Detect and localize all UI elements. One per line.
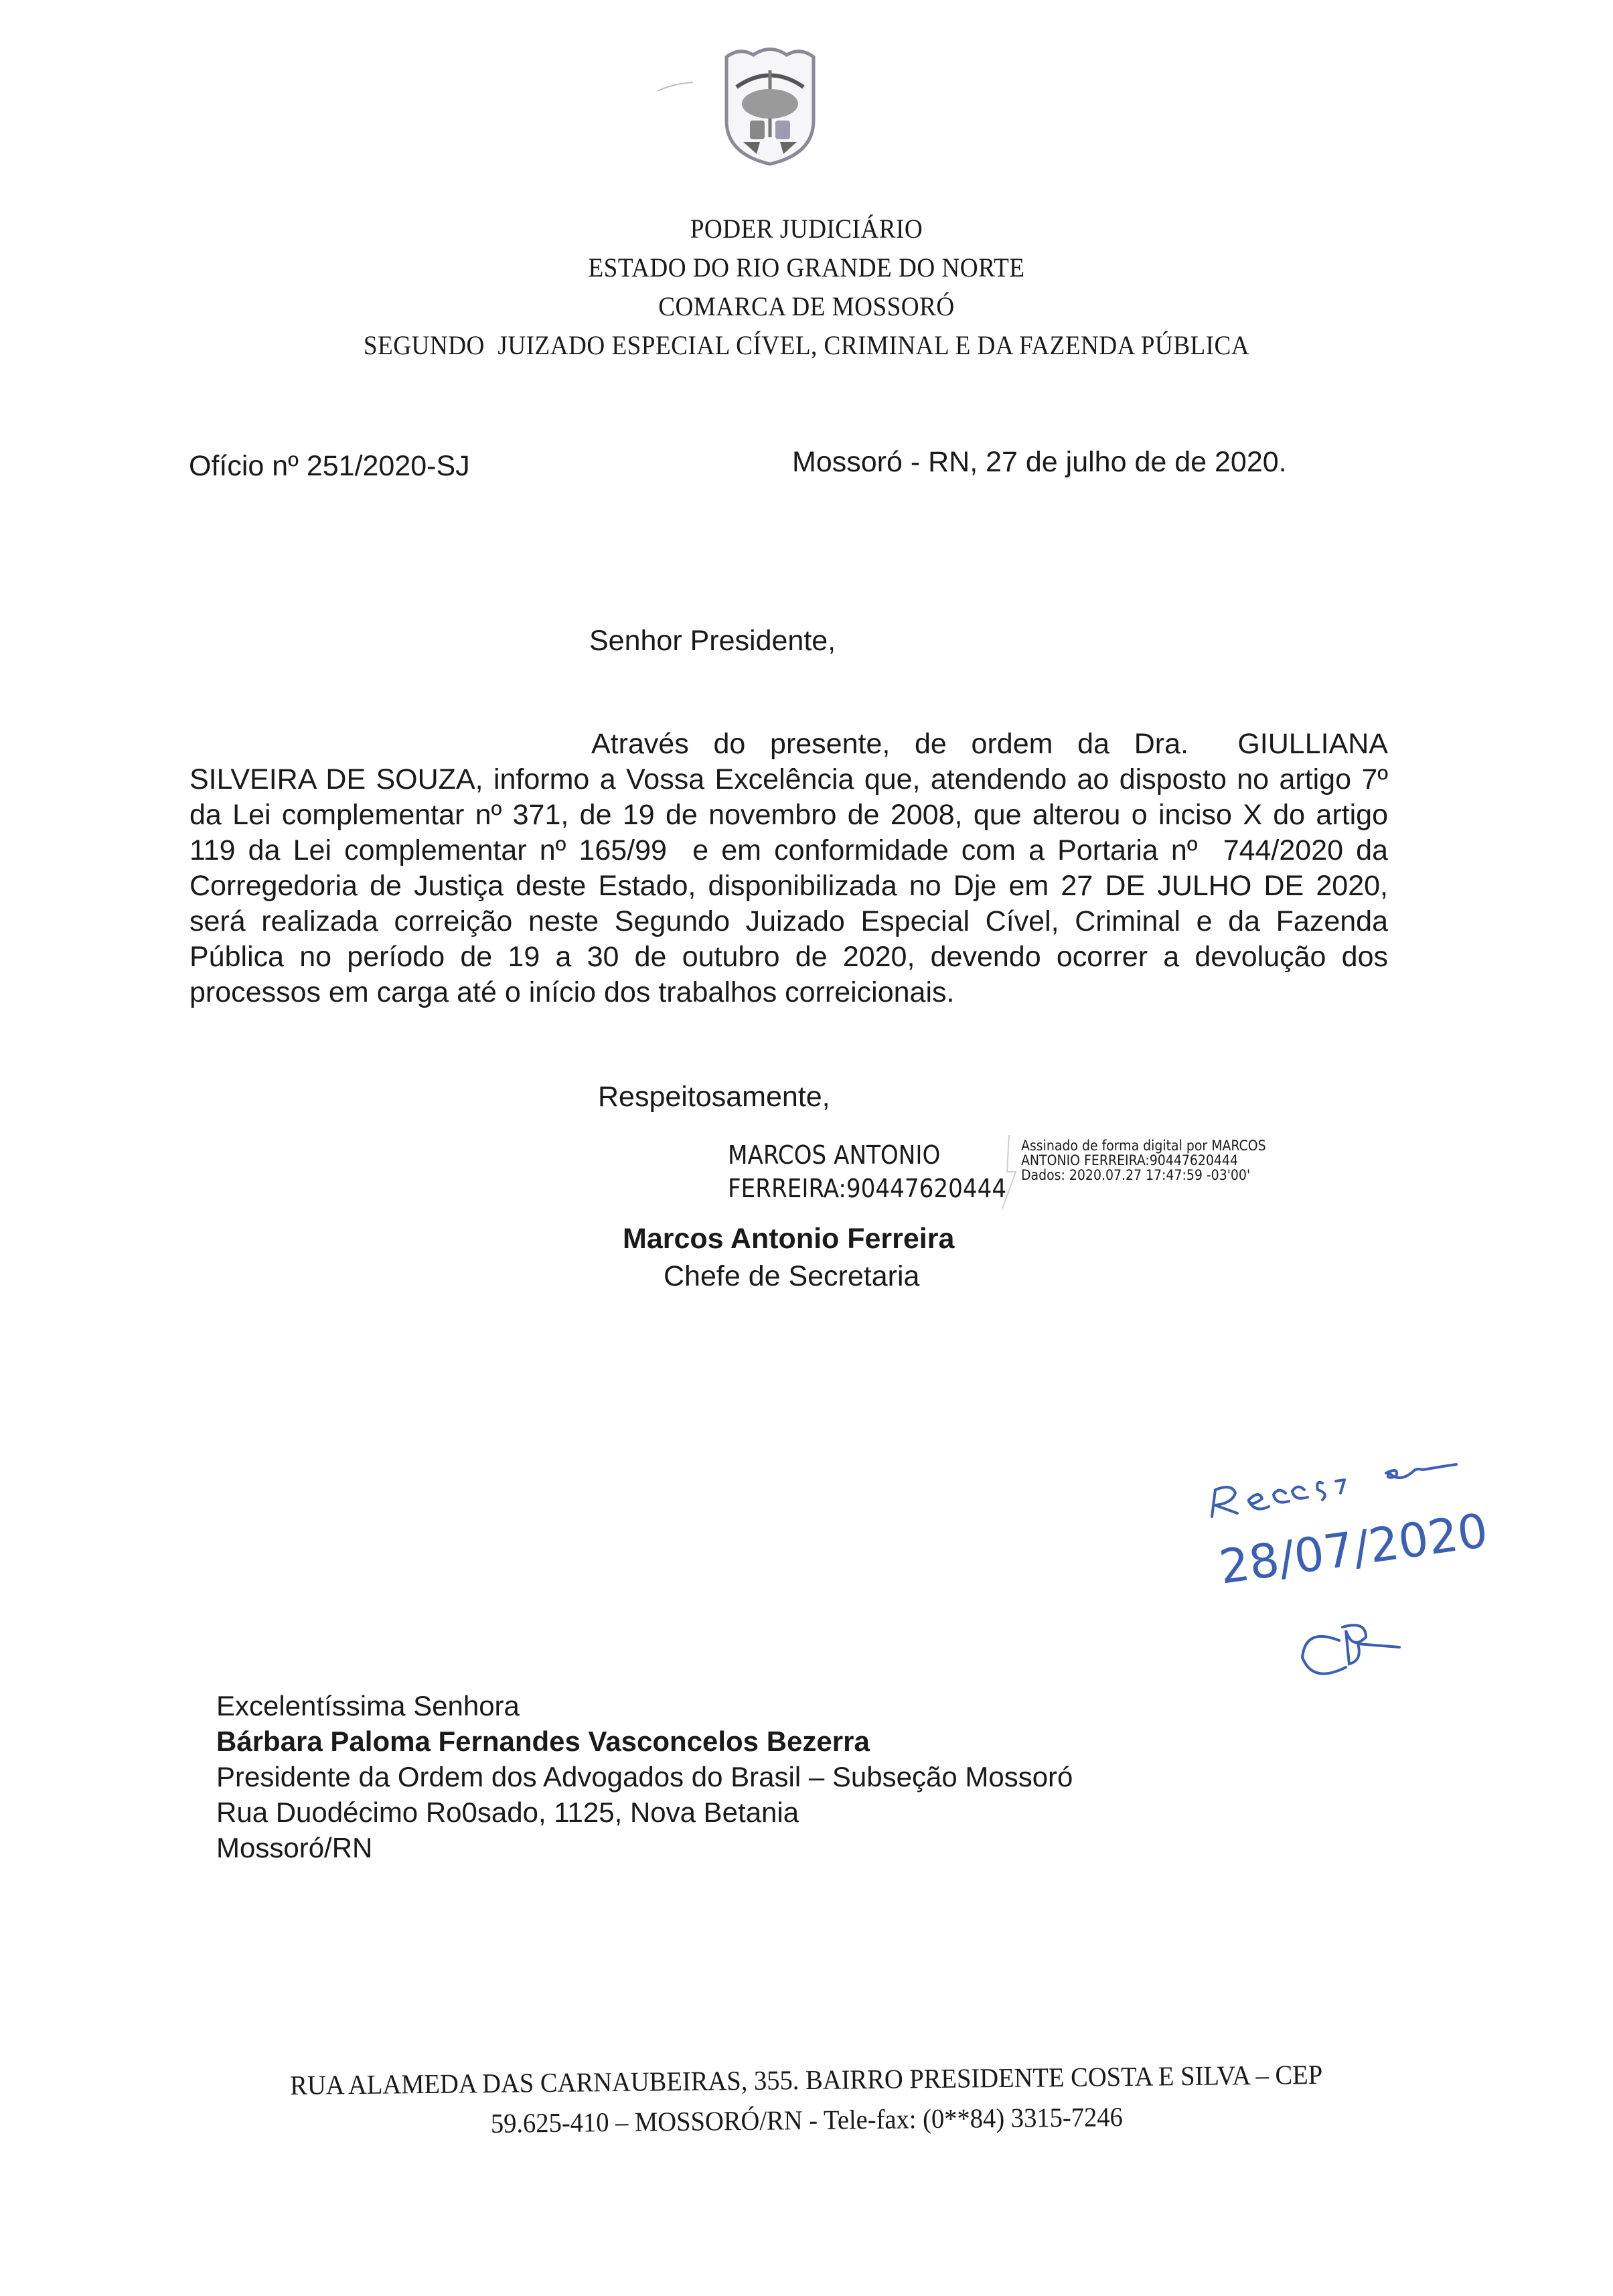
- recipient-name: Bárbara Paloma Fernandes Vasconcelos Bez…: [216, 1724, 1073, 1759]
- place-date: Mossoró - RN, 27 de julho de de 2020.: [792, 446, 1287, 479]
- recipient-role: Presidente da Ordem dos Advogados do Bra…: [216, 1759, 1073, 1794]
- salutation: Senhor Presidente,: [589, 625, 836, 658]
- handwritten-date: 28/07/2020: [1216, 1503, 1491, 1594]
- signer-name: Marcos Antonio Ferreira: [623, 1223, 954, 1255]
- header-line-judiciary: PODER JUDICIÁRIO: [56, 213, 1556, 244]
- header-line-court: SEGUNDO JUIZADO ESPECIAL CÍVEL, CRIMINAL…: [56, 329, 1556, 361]
- signer-title: Chefe de Secretaria: [664, 1260, 919, 1293]
- signature-watermark-icon: [999, 1132, 1019, 1212]
- digital-signature-detail-3: Dados: 2020.07.27 17:47:59 -03'00': [1021, 1168, 1266, 1182]
- digital-signature-name-line-2: FERREIRA:90447620444: [728, 1172, 1006, 1205]
- recipient-block: Excelentíssima Senhora Bárbara Paloma Fe…: [216, 1688, 1073, 1865]
- closing: Respeitosamente,: [598, 1081, 830, 1114]
- court-coat-of-arms-icon: [720, 40, 820, 167]
- recipient-city: Mossoró/RN: [216, 1830, 1073, 1865]
- letter-body-text: Através do presente, de ordem da Dra. GI…: [189, 728, 1396, 1008]
- letter-body: Através do presente, de ordem da Dra. GI…: [189, 726, 1388, 1010]
- footer-address: RUA ALAMEDA DAS CARNAUBEIRAS, 355. BAIRR…: [0, 2051, 1613, 2148]
- digital-signature-detail-1: Assinado de forma digital por MARCOS: [1021, 1138, 1266, 1153]
- document-reference: Ofício nº 251/2020-SJ: [189, 450, 470, 483]
- digital-signature-detail-2: ANTONIO FERREIRA:90447620444: [1021, 1153, 1266, 1168]
- header-line-district: COMARCA DE MOSSORÓ: [56, 291, 1556, 322]
- scan-mark: [656, 80, 696, 94]
- handwritten-receipt-note: 28/07/2020: [1185, 1426, 1533, 1687]
- digital-signature-name-line-1: MARCOS ANTONIO: [728, 1138, 1006, 1172]
- digital-signature-details: Assinado de forma digital por MARCOS ANT…: [1021, 1138, 1266, 1182]
- recipient-treatment: Excelentíssima Senhora: [216, 1688, 1073, 1724]
- header-line-state: ESTADO DO RIO GRANDE DO NORTE: [56, 252, 1556, 283]
- digital-signature-name: MARCOS ANTONIO FERREIRA:90447620444: [728, 1138, 1006, 1205]
- recipient-address: Rua Duodécimo Ro0sado, 1125, Nova Betani…: [216, 1794, 1073, 1830]
